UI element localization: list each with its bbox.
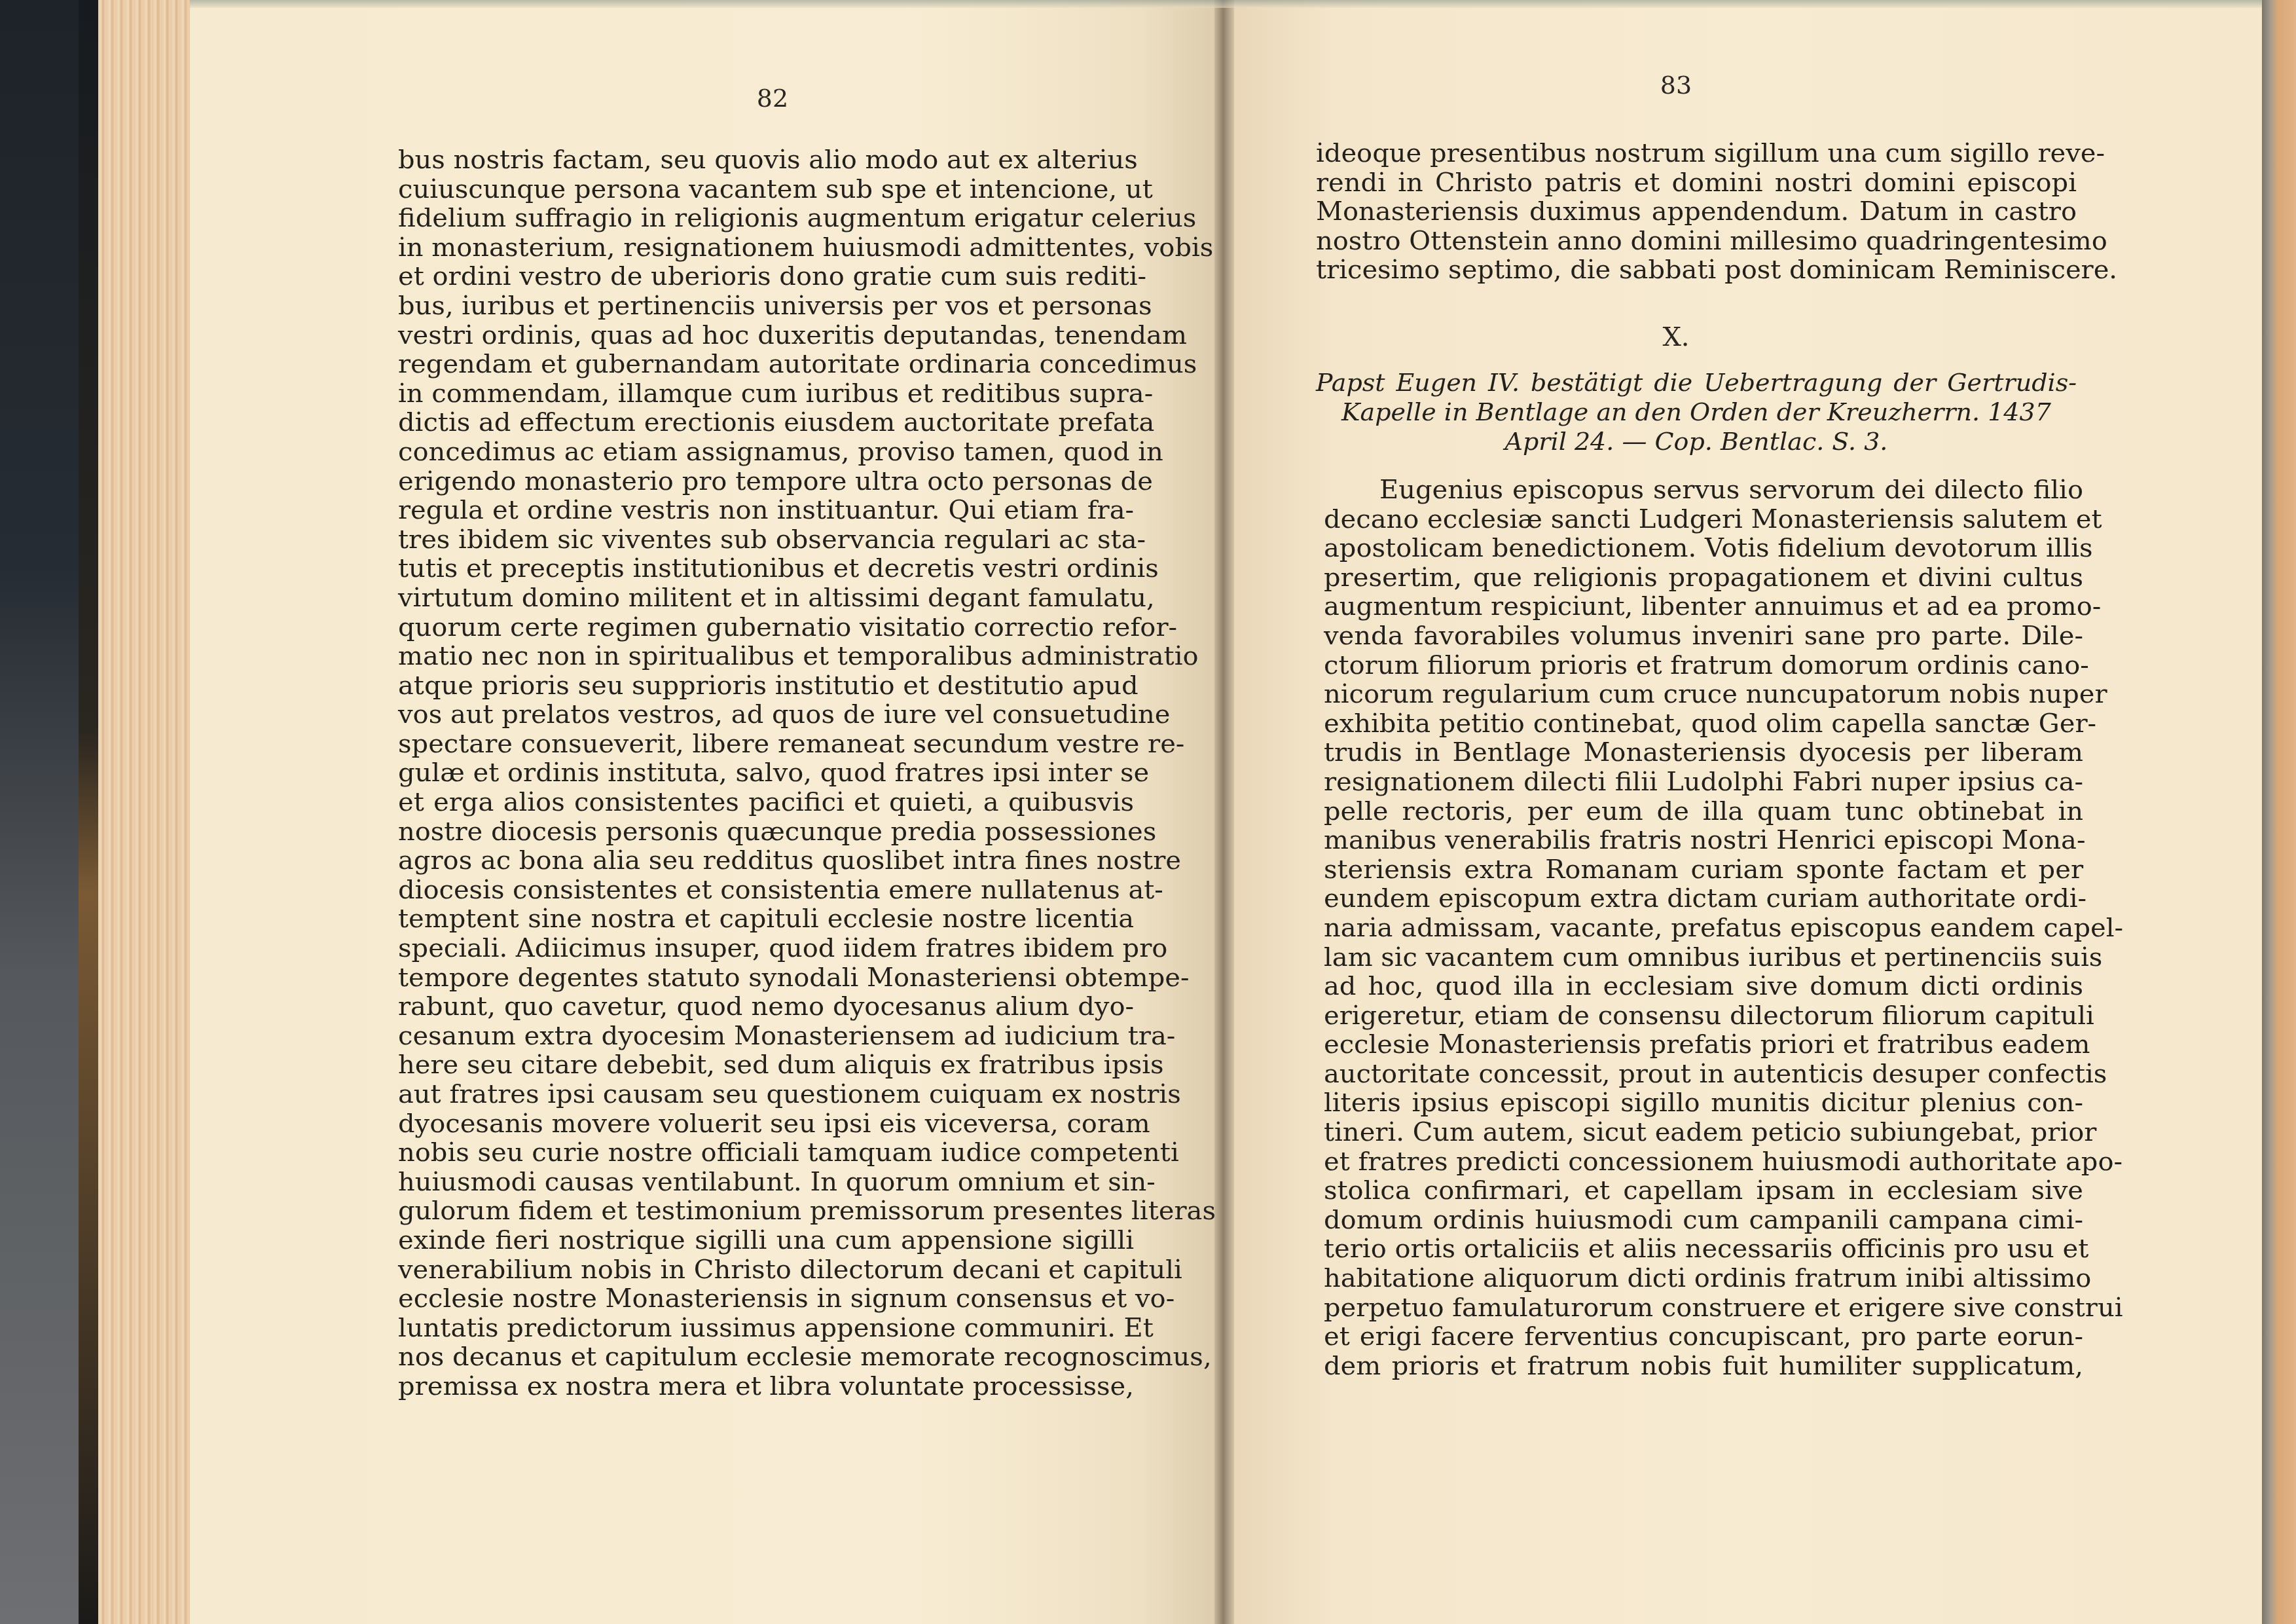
text-line: speciali. Adiicimus insuper, quod iidem … (398, 934, 1134, 963)
text-line: rabunt, quo cavetur, quod nemo dyocesanu… (398, 992, 1134, 1022)
text-line: dem prioris et fratrum nobis fuit humili… (1324, 1352, 2083, 1381)
text-line: vos aut prelatos vestros, ad quos de iur… (398, 700, 1134, 729)
text-line: lam sic vacantem cum omnibus iuribus et … (1324, 943, 2083, 972)
heading-line: April 24. — Cop. Bentlac. S. 3. (1316, 427, 2077, 456)
text-line: bus, iuribus et pertinenciis universis p… (398, 291, 1134, 321)
text-line: nos decanus et capitulum ecclesie memora… (398, 1342, 1134, 1372)
text-line: exhibita petitio continebat, quod olim c… (1324, 709, 2083, 739)
text-line: presertim, que religionis propagationem … (1324, 563, 2083, 593)
text-line: domum ordinis huiusmodi cum campanili ca… (1324, 1206, 2083, 1235)
text-line: dictis ad effectum erectionis eiusdem au… (398, 408, 1134, 437)
text-line: ideoque presentibus nostrum sigillum una… (1316, 139, 2077, 168)
text-line: spectare consueverit, libere remaneat se… (398, 729, 1134, 759)
text-line: stolica confirmari, et capellam ipsam in… (1324, 1176, 2083, 1206)
text-line: huiusmodi causas ventilabunt. In quorum … (398, 1168, 1134, 1197)
text-line: concedimus ac etiam assignamus, proviso … (398, 437, 1134, 467)
text-line: venda favorabiles volumus inveniri sane … (1324, 621, 2083, 651)
text-line: pelle rectoris, per eum de illa quam tun… (1324, 797, 2083, 826)
text-line: ecclesie nostre Monasteriensis in signum… (398, 1284, 1134, 1314)
text-line: nostro Ottenstein anno domini millesimo … (1316, 227, 2077, 256)
text-line: temptent sine nostra et capituli ecclesi… (398, 904, 1134, 934)
left-page-text: bus nostris factam, seu quovis alio modo… (398, 145, 1134, 1401)
text-line: bus nostris factam, seu quovis alio modo… (398, 145, 1134, 175)
text-line: auctoritate concessit, prout in autentic… (1324, 1060, 2083, 1089)
text-line: erigendo monasterio pro tempore ultra oc… (398, 467, 1134, 496)
book-cover-edge (79, 0, 98, 1624)
text-line: atque prioris seu supprioris institutio … (398, 671, 1134, 701)
text-line: virtutum domino militent et in altissimi… (398, 583, 1134, 613)
text-line: regula et ordine vestris non instituantu… (398, 496, 1134, 525)
text-line: et fratres predicti concessionem huiusmo… (1324, 1147, 2083, 1177)
heading-line: Kapelle in Bentlage an den Orden der Kre… (1316, 397, 2077, 427)
text-line: tempore degentes statuto synodali Monast… (398, 963, 1134, 993)
text-line: quorum certe regimen gubernatio visitati… (398, 613, 1134, 642)
document-heading: Papst Eugen IV. bestätigt die Uebertragu… (1316, 368, 2077, 456)
text-line: agros ac bona alia seu redditus quoslibe… (398, 846, 1134, 876)
text-line: ad hoc, quod illa in ecclesiam sive domu… (1324, 972, 2083, 1001)
text-line: terio ortis ortaliciis et aliis necessar… (1324, 1234, 2083, 1264)
text-line: apostolicam benedictionem. Votis fideliu… (1324, 534, 2083, 563)
text-line: et ordini vestro de uberioris dono grati… (398, 262, 1134, 291)
text-line: steriensis extra Romanam curiam sponte f… (1324, 855, 2083, 885)
text-line: Monasteriensis duximus appendendum. Datu… (1316, 197, 2077, 227)
text-line: rendi in Christo patris et domini nostri… (1316, 168, 2077, 198)
text-line: diocesis consistentes et consistentia em… (398, 876, 1134, 905)
text-line: cesanum extra dyocesim Monasteriensem ad… (398, 1022, 1134, 1051)
text-line: luntatis predictorum iussimus appensione… (398, 1314, 1134, 1343)
text-line: resignationem dilecti filii Ludolphi Fab… (1324, 767, 2083, 797)
text-line: ctorum filiorum prioris et fratrum domor… (1324, 651, 2083, 680)
text-line: matio nec non in spiritualibus et tempor… (398, 642, 1134, 671)
text-line: nicorum regularium cum cruce nuncupatoru… (1324, 680, 2083, 709)
text-line: in monasterium, resignationem huiusmodi … (398, 233, 1134, 263)
document-body: Eugenius episcopus servus servorum dei d… (1324, 475, 2083, 1380)
text-line: fidelium suffragio in religionis augment… (398, 204, 1134, 233)
text-line: habitatione aliquorum dicti ordinis frat… (1324, 1264, 2083, 1293)
text-line: tricesimo septimo, die sabbati post domi… (1316, 255, 2077, 285)
text-line: augmentum respiciunt, libenter annuimus … (1324, 592, 2083, 621)
text-line: literis ipsius episcopi sigillo munitis … (1324, 1088, 2083, 1118)
page-number-left: 82 (733, 84, 812, 113)
text-line: dyocesanis movere voluerit seu ipsi eis … (398, 1109, 1134, 1139)
top-shadow (190, 0, 2262, 8)
text-line: ecclesie Monasteriensis prefatis priori … (1324, 1030, 2083, 1060)
text-line: erigeretur, etiam de consensu dilectorum… (1324, 1001, 2083, 1031)
text-line: nobis seu curie nostre officiali tamquam… (398, 1138, 1134, 1168)
text-line: naria admissam, vacante, prefatus episco… (1324, 913, 2083, 943)
text-line: premissa ex nostra mera et libra volunta… (398, 1372, 1134, 1401)
text-line: trudis in Bentlage Monasteriensis dyoces… (1324, 738, 2083, 767)
text-line: decano ecclesiæ sancti Ludgeri Monasteri… (1324, 505, 2083, 534)
heading-line: Papst Eugen IV. bestätigt die Uebertragu… (1316, 368, 2077, 397)
text-line: et erga alios consistentes pacifici et q… (398, 788, 1134, 817)
text-line: tres ibidem sic viventes sub observancia… (398, 525, 1134, 555)
text-line: aut fratres ipsi causam seu questionem c… (398, 1080, 1134, 1109)
text-line: et erigi facere ferventius concupiscant,… (1324, 1322, 2083, 1352)
text-line: venerabilium nobis in Christo dilectorum… (398, 1255, 1134, 1285)
book-gutter (1214, 0, 1234, 1624)
text-line: exinde fieri nostrique sigilli una cum a… (398, 1226, 1134, 1255)
text-line: Eugenius episcopus servus servorum dei d… (1324, 475, 2083, 505)
text-line: in commendam, illamque cum iuribus et re… (398, 379, 1134, 409)
text-line: tineri. Cum autem, sicut eadem peticio s… (1324, 1118, 2083, 1147)
text-line: gulorum fidem et testimonium premissorum… (398, 1196, 1134, 1226)
text-line: nostre diocesis personis quæcunque predi… (398, 817, 1134, 847)
text-line: gulæ et ordinis instituta, salvo, quod f… (398, 758, 1134, 788)
text-line: tutis et preceptis institutionibus et de… (398, 554, 1134, 583)
page-number-right: 83 (1637, 71, 1715, 100)
document-number: X. (1637, 322, 1715, 352)
page-edges-right (2262, 0, 2296, 1624)
text-line: eundem episcopum extra dictam curiam aut… (1324, 884, 2083, 913)
text-line: here seu citare debebit, sed dum aliquis… (398, 1050, 1134, 1080)
text-line: regendam et gubernandam autoritate ordin… (398, 350, 1134, 379)
text-line: manibus venerabilis fratris nostri Henri… (1324, 826, 2083, 855)
text-line: cuiuscunque persona vacantem sub spe et … (398, 175, 1134, 204)
continuation-text: ideoque presentibus nostrum sigillum una… (1316, 139, 2077, 285)
text-line: vestri ordinis, quas ad hoc duxeritis de… (398, 321, 1134, 350)
text-line: perpetuo famulaturorum construere et eri… (1324, 1293, 2083, 1323)
